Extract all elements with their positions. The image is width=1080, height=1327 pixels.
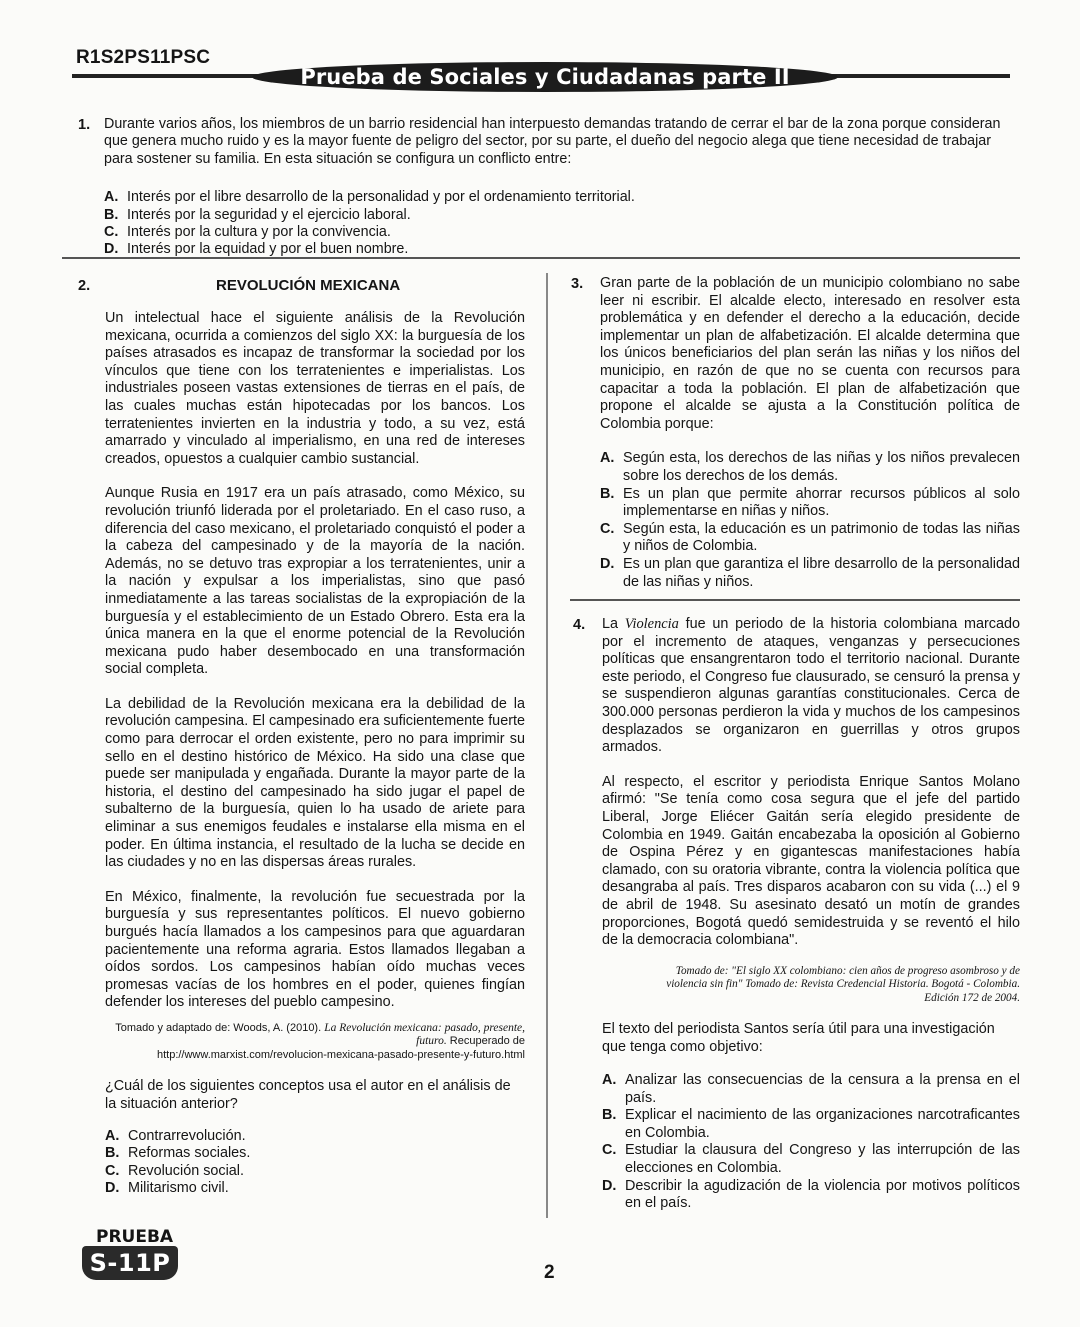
question-1: Durante varios años, los miembros de un … <box>104 116 1020 259</box>
section-divider <box>62 257 1020 259</box>
q2-citation-url[interactable]: http://www.marxist.com/revolucion-mexica… <box>157 1049 525 1061</box>
question-2: Un intelectual hace el siguiente análisi… <box>105 310 525 1198</box>
q2-options: A.Contrarrevolución. B.Reformas sociales… <box>105 1128 525 1198</box>
q2-option-a[interactable]: A.Contrarrevolución. <box>105 1128 525 1146</box>
q1-option-a[interactable]: A.Interés por el libre desarrollo de la … <box>104 189 1020 206</box>
page-number: 2 <box>544 1262 555 1284</box>
q4-option-c[interactable]: C.Estudiar la clausura del Congreso y la… <box>602 1142 1020 1177</box>
q3-number: 3. <box>571 276 583 292</box>
q2-paragraph-2: Aunque Rusia en 1917 era un país atrasad… <box>105 485 525 679</box>
q1-stem: Durante varios años, los miembros de un … <box>104 116 1020 168</box>
column-divider <box>546 273 548 1218</box>
q2-paragraph-1: Un intelectual hace el siguiente análisi… <box>105 310 525 468</box>
q3-option-d[interactable]: D.Es un plan que garantiza el libre desa… <box>600 556 1020 591</box>
question-4: La Violencia fue un periodo de la histor… <box>602 616 1020 1213</box>
q3-option-a[interactable]: A.Según esta, los derechos de las niñas … <box>600 450 1020 485</box>
q2-option-c[interactable]: C.Revolución social. <box>105 1163 525 1181</box>
q4-options: A.Analizar las consecuencias de la censu… <box>602 1072 1020 1213</box>
q3-stem: Gran parte de la población de un municip… <box>600 275 1020 433</box>
q4-number: 4. <box>573 617 585 633</box>
q4-quote: Al respecto, el escritor y periodista En… <box>602 774 1020 950</box>
q1-options: A.Interés por el libre desarrollo de la … <box>104 189 1020 259</box>
q2-question: ¿Cuál de los siguientes conceptos usa el… <box>105 1078 525 1113</box>
q4-citation: Tomado de: "El siglo XX colombiano: cien… <box>602 965 1020 1005</box>
q1-option-b[interactable]: B.Interés por la seguridad y el ejercici… <box>104 207 1020 224</box>
q1-number: 1. <box>78 117 90 133</box>
q2-number: 2. <box>78 278 90 294</box>
q4-option-d[interactable]: D.Describir la agudización de la violenc… <box>602 1178 1020 1213</box>
test-code-badge: S-11P <box>82 1246 178 1280</box>
q2-citation: Tomado y adaptado de: Woods, A. (2010). … <box>95 1022 525 1063</box>
q2-title: REVOLUCIÓN MEXICANA <box>216 277 400 294</box>
q2-paragraph-3: La debilidad de la Revolución mexicana e… <box>105 696 525 872</box>
q1-option-c[interactable]: C.Interés por la cultura y por la conviv… <box>104 224 1020 241</box>
q4-stem: La Violencia fue un periodo de la histor… <box>602 616 1020 757</box>
q2-paragraph-4: En México, finalmente, la revolución fue… <box>105 889 525 1012</box>
q4-question: El texto del periodista Santos sería úti… <box>602 1021 1020 1056</box>
q3-option-b[interactable]: B.Es un plan que permite ahorrar recurso… <box>600 486 1020 521</box>
question-3: Gran parte de la población de un municip… <box>600 275 1020 591</box>
q3-option-c[interactable]: C.Según esta, la educación es un patrimo… <box>600 521 1020 556</box>
q2-option-d[interactable]: D.Militarismo civil. <box>105 1180 525 1198</box>
q3-options: A.Según esta, los derechos de las niñas … <box>600 450 1020 591</box>
q2-option-b[interactable]: B.Reformas sociales. <box>105 1145 525 1163</box>
footer-prueba-label: PRUEBA <box>96 1227 173 1247</box>
section-title-banner: Prueba de Sociales y Ciudadanas parte II <box>252 62 838 92</box>
document-code: R1S2PS11PSC <box>76 47 210 69</box>
question-divider <box>570 599 1020 601</box>
q4-option-b[interactable]: B.Explicar el nacimiento de las organiza… <box>602 1107 1020 1142</box>
q4-option-a[interactable]: A.Analizar las consecuencias de la censu… <box>602 1072 1020 1107</box>
